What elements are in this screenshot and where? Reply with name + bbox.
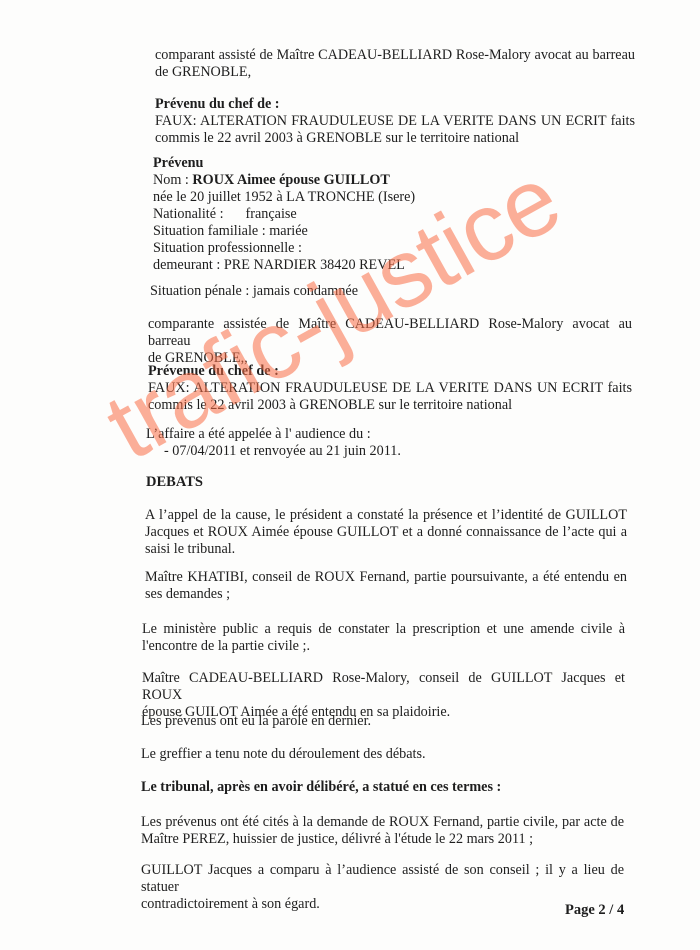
paragraph-greffier: Le greffier a tenu note du déroulement d… — [141, 746, 624, 763]
text-line: A l’appel de la cause, le président a co… — [145, 507, 627, 524]
counsel-paragraph-1: comparant assisté de Maître CADEAU-BELLI… — [155, 47, 635, 81]
charge-section-2: Prévenue du chef de : FAUX: ALTERATION F… — [148, 363, 632, 414]
paragraph-khatibi: Maître KHATIBI, conseil de ROUX Fernand,… — [145, 569, 627, 603]
text-line: contradictoirement à son égard. — [141, 896, 624, 913]
birth-line: née le 20 juillet 1952 à LA TRONCHE (Ise… — [153, 189, 633, 206]
name-label: Nom : — [153, 172, 192, 188]
text-line: Jacques et ROUX Aimée épouse GUILLOT et … — [145, 524, 627, 541]
paragraph-comparution: GUILLOT Jacques a comparu à l’audience a… — [141, 862, 624, 913]
text-line: comparant assisté de Maître CADEAU-BELLI… — [155, 47, 635, 64]
text-line: l'encontre de la partie civile ;. — [142, 638, 625, 655]
text-line: FAUX: ALTERATION FRAUDULEUSE DE LA VERIT… — [148, 380, 632, 397]
paragraph-appel: A l’appel de la cause, le président a co… — [145, 507, 627, 558]
defendant-name-row: Nom : ROUX Aimee épouse GUILLOT — [153, 172, 633, 189]
tribunal-heading: Le tribunal, après en avoir délibéré, a … — [141, 779, 624, 796]
text-line: Le greffier a tenu note du déroulement d… — [141, 746, 624, 763]
text-line: saisi le tribunal. — [145, 541, 627, 558]
tribunal-heading-text: Le tribunal, après en avoir délibéré, a … — [141, 779, 624, 796]
nationality-value: française — [246, 206, 297, 222]
text-line: de GRENOBLE, — [155, 64, 635, 81]
document-page: comparant assisté de Maître CADEAU-BELLI… — [0, 0, 700, 950]
name-value: ROUX Aimee épouse GUILLOT — [192, 172, 389, 188]
penal-status-text: Situation pénale : jamais condamnée — [150, 283, 630, 300]
charge-heading: Prévenue du chef de : — [148, 363, 632, 380]
paragraph-parole: Les prévenus ont eu la parole en dernier… — [141, 713, 624, 730]
text-line: Les prévenus ont été cités à la demande … — [141, 814, 624, 831]
counsel-paragraph-2: comparante assistée de Maître CADEAU-BEL… — [148, 316, 632, 367]
charge-heading: Prévenu du chef de : — [155, 96, 635, 113]
hearing-section: L’affaire a été appelée à l' audience du… — [146, 426, 626, 460]
nationality-label: Nationalité : — [153, 206, 224, 222]
page-number: Page 2 / 4 — [565, 902, 624, 919]
text-line: ses demandes ; — [145, 586, 627, 603]
debats-title: DEBATS — [146, 474, 626, 491]
hearing-line: L’affaire a été appelée à l' audience du… — [146, 426, 626, 443]
text-line: FAUX: ALTERATION FRAUDULEUSE DE LA VERIT… — [155, 113, 635, 130]
defendant-section: Prévenu Nom : ROUX Aimee épouse GUILLOT … — [153, 155, 633, 274]
hearing-date-line: - 07/04/2011 et renvoyée au 21 juin 2011… — [146, 443, 626, 460]
text-line: Le ministère public a requis de constate… — [142, 621, 625, 638]
paragraph-citation: Les prévenus ont été cités à la demande … — [141, 814, 624, 848]
address: demeurant : PRE NARDIER 38420 REVEL — [153, 257, 633, 274]
text-line: commis le 22 avril 2003 à GRENOBLE sur l… — [155, 130, 635, 147]
text-line: Maître CADEAU-BELLIARD Rose-Malory, cons… — [142, 670, 625, 704]
paragraph-ministere: Le ministère public a requis de constate… — [142, 621, 625, 655]
professional-status: Situation professionnelle : — [153, 240, 633, 257]
text-line: comparante assistée de Maître CADEAU-BEL… — [148, 316, 632, 350]
text-line: Maître KHATIBI, conseil de ROUX Fernand,… — [145, 569, 627, 586]
text-line: commis le 22 avril 2003 à GRENOBLE sur l… — [148, 397, 632, 414]
penal-status: Situation pénale : jamais condamnée — [150, 283, 630, 300]
nationality-row: Nationalité :française — [153, 206, 633, 223]
text-line: Les prévenus ont eu la parole en dernier… — [141, 713, 624, 730]
charge-section-1: Prévenu du chef de : FAUX: ALTERATION FR… — [155, 96, 635, 147]
text-line: GUILLOT Jacques a comparu à l’audience a… — [141, 862, 624, 896]
text-line: Maître PEREZ, huissier de justice, déliv… — [141, 831, 624, 848]
family-status: Situation familiale : mariée — [153, 223, 633, 240]
defendant-heading: Prévenu — [153, 155, 633, 172]
